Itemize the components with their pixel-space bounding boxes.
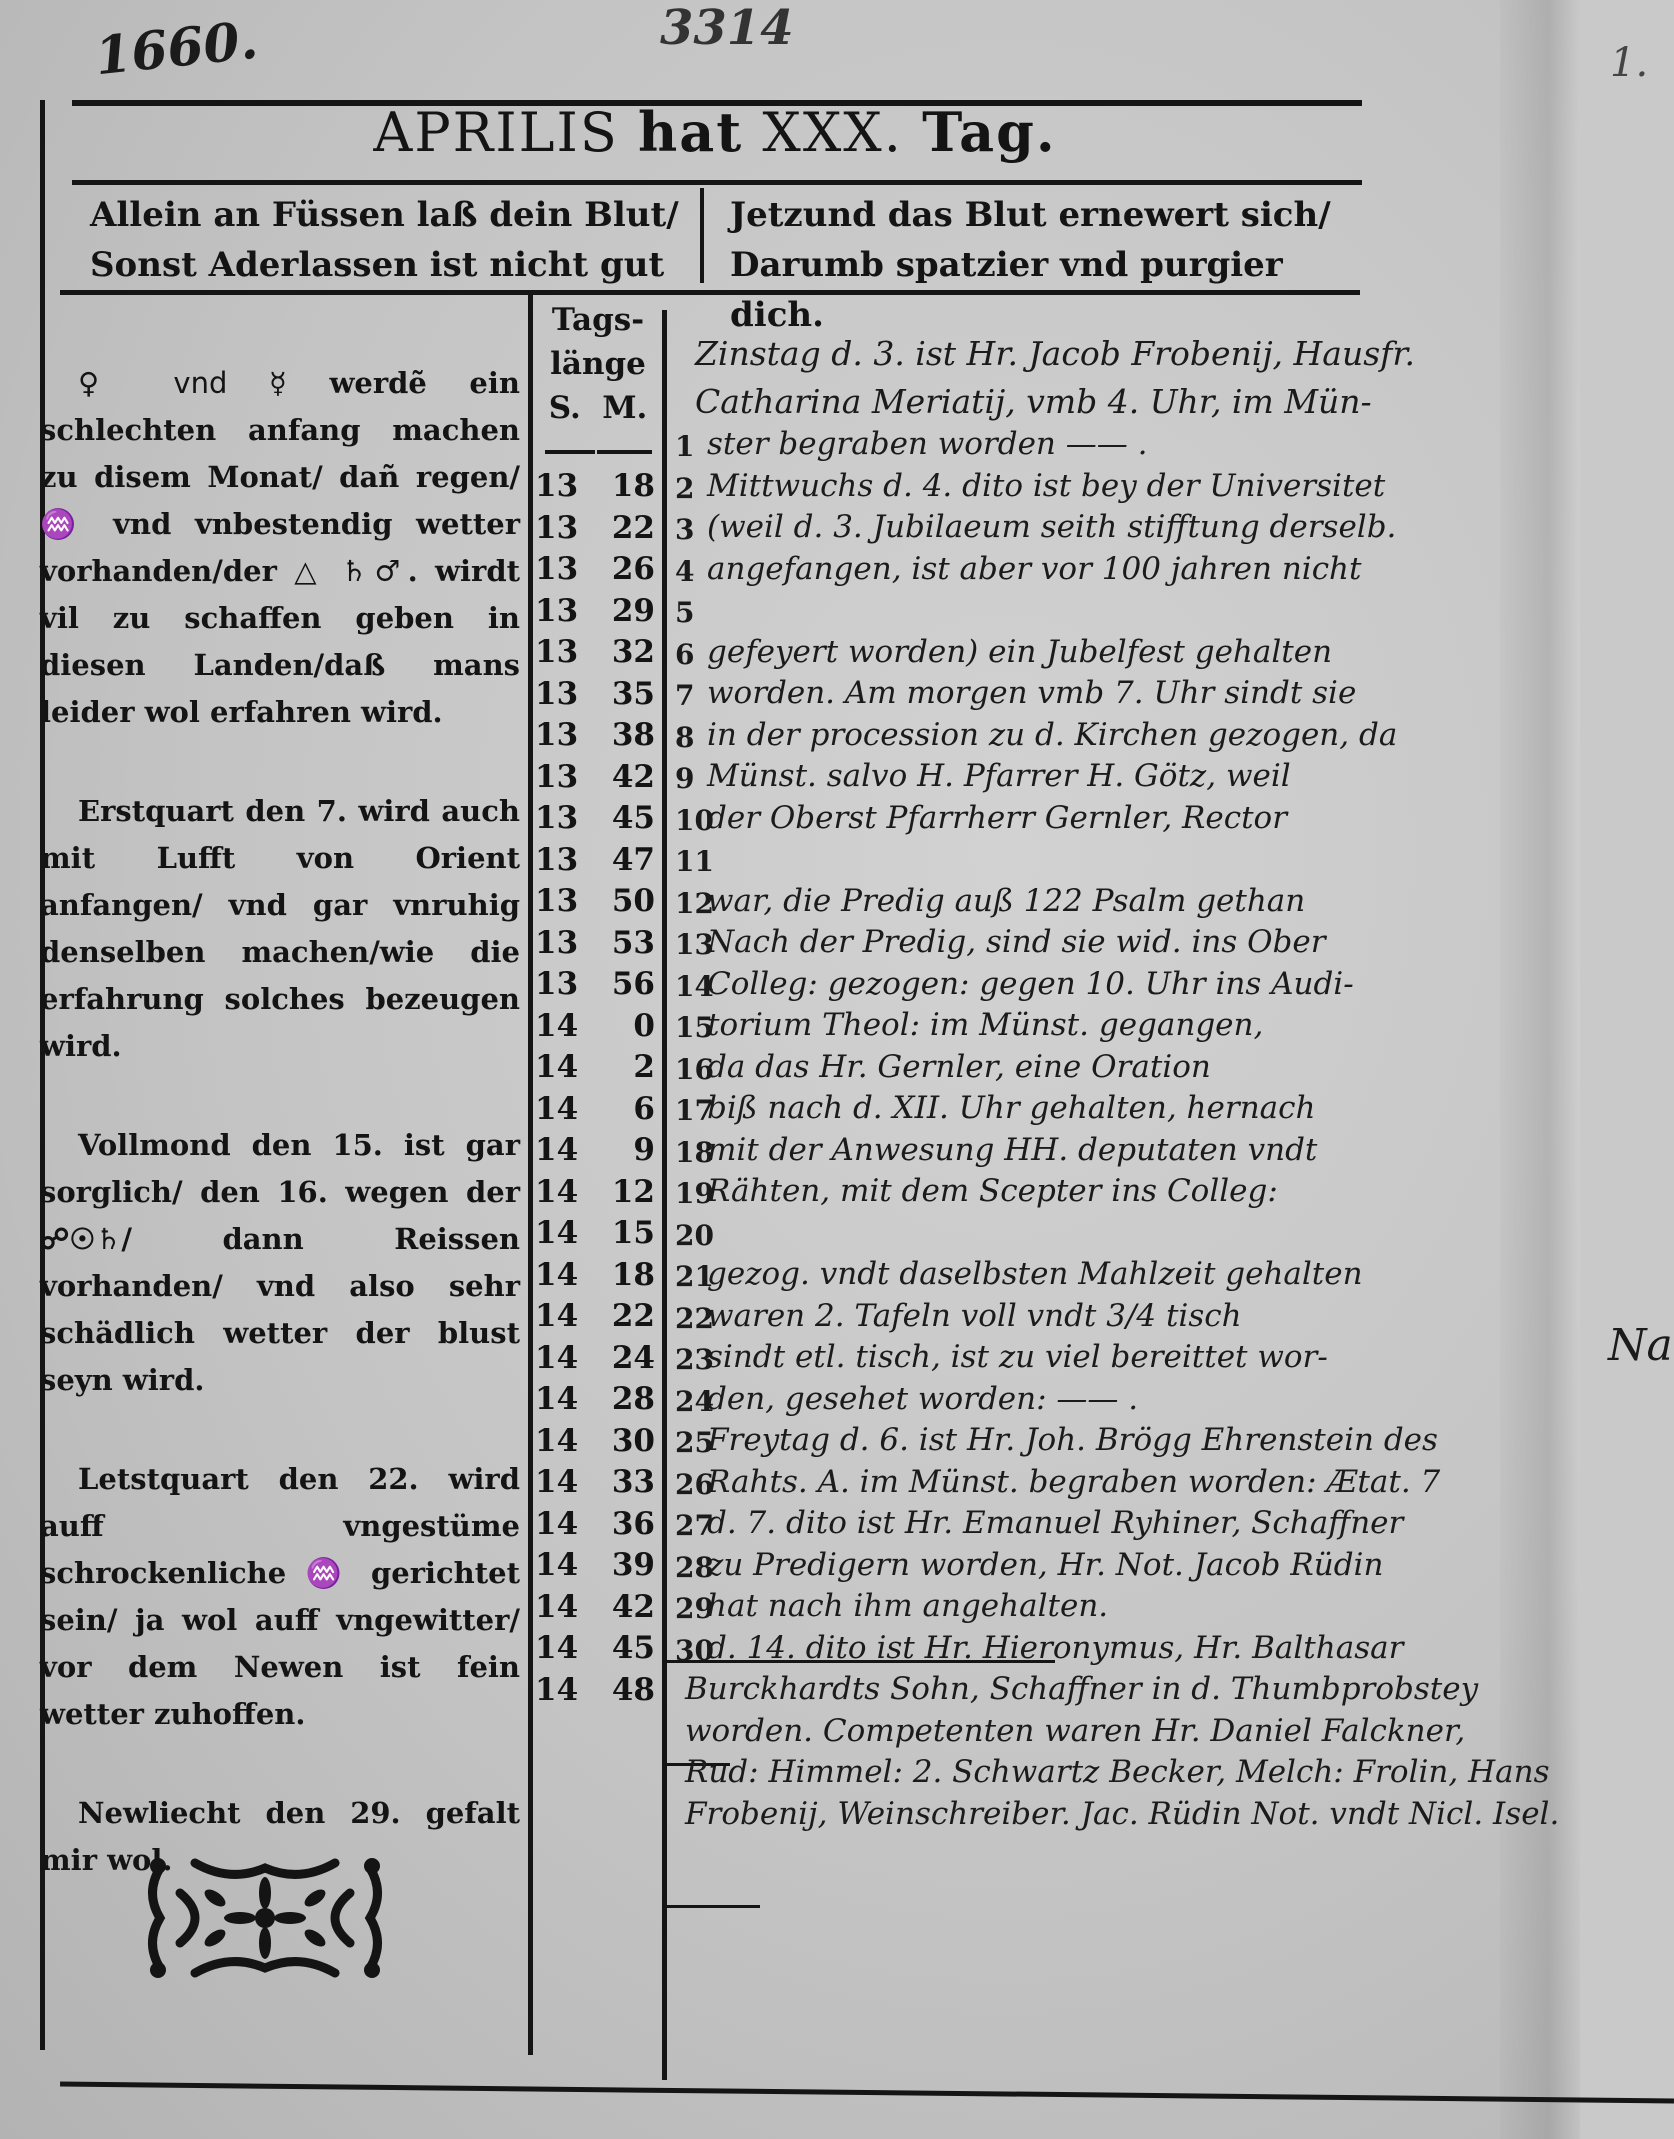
minutes-value: 56 (612, 966, 655, 1008)
minutes-value: 9 (633, 1132, 655, 1174)
diary-text: der Oberst Pfarrherr Gernler, Rector (707, 800, 1287, 836)
diary-day-row: 28zu Predigern worden, Hr. Not. Jacob Rü… (675, 1547, 1635, 1589)
hours-value: 13 (535, 593, 578, 635)
title-month: APRILIS (373, 101, 619, 164)
hours-value: 14 (535, 1215, 578, 1257)
day-number: 7 (675, 679, 694, 712)
diary-day-row: 2Mittwuchs d. 4. dito ist bey der Univer… (675, 468, 1635, 510)
diary-text: mit der Anwesung HH. deputaten vndt (707, 1132, 1317, 1168)
hours-value: 13 (535, 842, 578, 884)
diary-day-row: 8in der procession zu d. Kirchen gezogen… (675, 717, 1635, 759)
minutes-value: 29 (612, 593, 655, 635)
minutes-value: 50 (612, 883, 655, 925)
day-number: 6 (675, 638, 694, 671)
diary-line: Burckhardts Sohn, Schaffner in d. Thumbp… (675, 1671, 1635, 1713)
diary-text: d. 14. dito ist Hr. Hieronymus, Hr. Balt… (707, 1630, 1403, 1666)
diary-day-row: 25Freytag d. 6. ist Hr. Joh. Brögg Ehren… (675, 1422, 1635, 1464)
minutes-value: 22 (612, 510, 655, 552)
hours-value: 14 (535, 1008, 578, 1050)
day-length-row: 1412 (535, 1174, 655, 1216)
diary-day-row: 5 (675, 592, 1635, 634)
minutes-value: 0 (633, 1008, 655, 1050)
prognostication-paragraph: Vollmond den 15. ist gar sorglich/ den 1… (40, 1122, 520, 1404)
day-length-row: 146 (535, 1091, 655, 1133)
minutes-value: 35 (612, 676, 655, 718)
day-length-row: 1418 (535, 1257, 655, 1299)
verse-right-line-1: Jetzund das Blut ernewert sich/ (730, 190, 1370, 240)
day-length-row: 1415 (535, 1215, 655, 1257)
entry-separator-3 (665, 1905, 760, 1908)
diary-day-row: 23sindt etl. tisch, ist zu viel bereitte… (675, 1339, 1635, 1381)
hours-value: 14 (535, 1257, 578, 1299)
diary-text: gezog. vndt daselbsten Mahlzeit gehalten (707, 1256, 1363, 1292)
diary-text: zu Predigern worden, Hr. Not. Jacob Rüdi… (707, 1547, 1383, 1583)
hours-value: 13 (535, 551, 578, 593)
hours-value: 14 (535, 1547, 578, 1589)
minutes-value: 18 (612, 468, 655, 510)
almanac-page: 1660. 3314 1. APRILIS hat XXX. Tag. Alle… (0, 0, 1674, 2139)
hours-value: 14 (535, 1464, 578, 1506)
diary-line: Frobenij, Weinschreiber. Jac. Rüdin Not.… (675, 1796, 1635, 1838)
minutes-value: 26 (612, 551, 655, 593)
diary-day-row: 18mit der Anwesung HH. deputaten vndt (675, 1132, 1635, 1174)
day-number: 9 (675, 762, 694, 795)
verse-right-line-2: Darumb spatzier vnd purgier dich. (730, 240, 1370, 340)
day-length-row: 1332 (535, 634, 655, 676)
diary-day-row: 11 (675, 841, 1635, 883)
day-length-row: 1422 (535, 1298, 655, 1340)
day-length-row: 1448 (535, 1672, 655, 1714)
floral-ornament-icon (140, 1848, 390, 1988)
hours-value: 14 (535, 1340, 578, 1382)
day-length-row: 1318 (535, 468, 655, 510)
diary-text: worden. Am morgen vmb 7. Uhr sindt sie (707, 675, 1356, 711)
diary-day-row: 13Nach der Predig, sind sie wid. ins Obe… (675, 924, 1635, 966)
day-length-row: 1356 (535, 966, 655, 1008)
diary-day-row: 22waren 2. Tafeln voll vndt 3/4 tisch (675, 1298, 1635, 1340)
title-tag: Tag. (922, 100, 1057, 164)
day-number: 3 (675, 513, 694, 546)
day-length-row: 142 (535, 1049, 655, 1091)
diary-day-row: 1ster begraben worden —— . (675, 426, 1635, 468)
title-hat: hat (638, 100, 743, 164)
hours-value: 14 (535, 1630, 578, 1672)
diary-text: Rähten, mit dem Scepter ins Colleg: (707, 1173, 1278, 1209)
minutes-value: 32 (612, 634, 655, 676)
diary-day-row: 16da das Hr. Gernler, eine Oration (675, 1049, 1635, 1091)
diary-text: angefangen, ist aber vor 100 jahren nich… (707, 551, 1361, 587)
prognostication-paragraph: Erstquart den 7. wird auch mit Lufft von… (40, 788, 520, 1070)
day-number: 1 (675, 430, 694, 463)
day-length-row: 1345 (535, 800, 655, 842)
day-length-row: 1322 (535, 510, 655, 552)
minutes-value: 53 (612, 925, 655, 967)
diary-day-row: 4angefangen, ist aber vor 100 jahren nic… (675, 551, 1635, 593)
minutes-value: 2 (633, 1049, 655, 1091)
title-rule (72, 180, 1362, 185)
handwritten-diary: Zinstag d. 3. ist Hr. Jacob Frobenij, Ha… (675, 330, 1635, 1837)
minutes-value: 15 (612, 1215, 655, 1257)
diary-text: gefeyert worden) ein Jubelfest gehalten (707, 634, 1332, 670)
day-number: 2 (675, 472, 694, 505)
verse-left-line-1: Allein an Füssen laß dein Blut/ (90, 190, 690, 240)
diary-text: Münst. salvo H. Pfarrer H. Götz, weil (707, 758, 1291, 794)
prognostication-paragraph: ♀ vnd ☿ werdẽ ein schlechten anfang mach… (40, 360, 520, 736)
day-length-row: 1329 (535, 593, 655, 635)
day-length-row: 1445 (535, 1630, 655, 1672)
day-length-row: 1430 (535, 1423, 655, 1465)
hours-value: 13 (535, 883, 578, 925)
margin-fragment: Na (1608, 1320, 1673, 1371)
minutes-value: 42 (612, 759, 655, 801)
diary-text: ster begraben worden —— . (707, 426, 1147, 462)
title-days: XXX. (762, 101, 903, 164)
minutes-value: 48 (612, 1672, 655, 1714)
minutes-value: 39 (612, 1547, 655, 1589)
diary-text: (weil d. 3. Jubilaeum seith stifftung de… (707, 509, 1396, 545)
hours-value: 13 (535, 468, 578, 510)
minutes-value: 45 (612, 800, 655, 842)
hours-value: 13 (535, 966, 578, 1008)
prognostication-column: ♀ vnd ☿ werdẽ ein schlechten anfang mach… (40, 360, 520, 1936)
diary-text: biß nach d. XII. Uhr gehalten, hernach (707, 1090, 1315, 1126)
day-length-row: 1347 (535, 842, 655, 884)
bottom-rule (60, 2082, 1674, 2104)
diary-day-row: 20 (675, 1215, 1635, 1257)
day-length-row: 1353 (535, 925, 655, 967)
diary-day-row: 14Colleg: gezogen: gegen 10. Uhr ins Aud… (675, 966, 1635, 1008)
hours-value: 14 (535, 1381, 578, 1423)
hours-value: 14 (535, 1506, 578, 1548)
day-number: 5 (675, 596, 694, 629)
hours-value: 13 (535, 759, 578, 801)
hours-value: 14 (535, 1672, 578, 1714)
diary-text: war, die Predig auß 122 Psalm gethan (707, 883, 1305, 919)
hours-value: 14 (535, 1589, 578, 1631)
minutes-value: 18 (612, 1257, 655, 1299)
diary-day-row: 24den, gesehet worden: —— . (675, 1381, 1635, 1423)
diary-day-row: 3(weil d. 3. Jubilaeum seith stifftung d… (675, 509, 1635, 551)
diary-text: torium Theol: im Münst. gegangen, (707, 1007, 1263, 1043)
day-length-row: 1326 (535, 551, 655, 593)
verse-left: Allein an Füssen laß dein Blut/ Sonst Ad… (90, 190, 690, 290)
prognostication-paragraph: Letstquart den 22. wird auff vngestüme s… (40, 1456, 520, 1738)
diary-text: Rahts. A. im Münst. begraben worden: Æta… (707, 1464, 1440, 1500)
verse-right: Jetzund das Blut ernewert sich/ Darumb s… (730, 190, 1370, 340)
verse-left-line-2: Sonst Aderlassen ist nicht gut (90, 240, 690, 290)
diary-text: hat nach ihm angehalten. (707, 1588, 1108, 1624)
day-number: 8 (675, 721, 694, 754)
day-length-row: 1424 (535, 1340, 655, 1382)
day-length-row: 1335 (535, 676, 655, 718)
day-length-row: 140 (535, 1008, 655, 1050)
day-length-table: 1318132213261329133213351338134213451347… (535, 468, 655, 1713)
diary-day-row: 12war, die Predig auß 122 Psalm gethan (675, 883, 1635, 925)
diary-text: Nach der Predig, sind sie wid. ins Ober (707, 924, 1326, 960)
diary-day-row: 27d. 7. dito ist Hr. Emanuel Ryhiner, Sc… (675, 1505, 1635, 1547)
hours-value: 14 (535, 1132, 578, 1174)
column-divider-2 (662, 310, 667, 2080)
diary-text: Colleg: gezogen: gegen 10. Uhr ins Audi- (707, 966, 1354, 1002)
minutes-column-label: M. (602, 386, 647, 430)
year-annotation: 1660. (92, 10, 260, 88)
shelfmark: 3314 (660, 0, 794, 56)
page-title: APRILIS hat XXX. Tag. (70, 100, 1360, 164)
minutes-value: 22 (612, 1298, 655, 1340)
minutes-value: 12 (612, 1174, 655, 1216)
minutes-value: 6 (633, 1091, 655, 1133)
hours-value: 13 (535, 510, 578, 552)
diary-text: waren 2. Tafeln voll vndt 3/4 tisch (707, 1298, 1242, 1334)
hours-value: 14 (535, 1091, 578, 1133)
minutes-value: 42 (612, 1589, 655, 1631)
diary-text: Freytag d. 6. ist Hr. Joh. Brögg Ehrenst… (707, 1422, 1438, 1458)
diary-day-row: 17biß nach d. XII. Uhr gehalten, hernach (675, 1090, 1635, 1132)
diary-day-row: 9Münst. salvo H. Pfarrer H. Götz, weil (675, 758, 1635, 800)
hours-value: 13 (535, 634, 578, 676)
diary-text: Mittwuchs d. 4. dito ist bey der Univers… (707, 468, 1385, 504)
minutes-value: 24 (612, 1340, 655, 1382)
diary-day-row: 15torium Theol: im Münst. gegangen, (675, 1007, 1635, 1049)
hours-column-label: S. (549, 386, 581, 430)
diary-day-row: 6gefeyert worden) ein Jubelfest gehalten (675, 634, 1635, 676)
day-length-row: 149 (535, 1132, 655, 1174)
minutes-value: 38 (612, 717, 655, 759)
minutes-value: 30 (612, 1423, 655, 1465)
diary-text: da das Hr. Gernler, eine Oration (707, 1049, 1211, 1085)
diary-day-row: 19Rähten, mit dem Scepter ins Colleg: (675, 1173, 1635, 1215)
diary-day-row: 30d. 14. dito ist Hr. Hieronymus, Hr. Ba… (675, 1630, 1635, 1672)
diary-day-row: 21gezog. vndt daselbsten Mahlzeit gehalt… (675, 1256, 1635, 1298)
diary-text: in der procession zu d. Kirchen gezogen,… (707, 717, 1397, 753)
hours-value: 14 (535, 1049, 578, 1091)
day-length-row: 1433 (535, 1464, 655, 1506)
diary-day-row: 26Rahts. A. im Münst. begraben worden: Æ… (675, 1464, 1635, 1506)
header-underline-s (545, 450, 595, 454)
day-length-row: 1428 (535, 1381, 655, 1423)
folio-number: 1. (1610, 40, 1648, 86)
day-length-row: 1342 (535, 759, 655, 801)
hours-value: 14 (535, 1423, 578, 1465)
day-length-row: 1338 (535, 717, 655, 759)
diary-line: Zinstag d. 3. ist Hr. Jacob Frobenij, Ha… (675, 330, 1635, 378)
diary-text: den, gesehet worden: —— . (707, 1381, 1138, 1417)
diary-day-row: 10der Oberst Pfarrherr Gernler, Rector (675, 800, 1635, 842)
minutes-value: 36 (612, 1506, 655, 1548)
day-length-row: 1436 (535, 1506, 655, 1548)
day-number: 20 (675, 1219, 714, 1252)
header-underline-m (597, 450, 652, 454)
minutes-value: 47 (612, 842, 655, 884)
diary-line: worden. Competenten waren Hr. Daniel Fal… (675, 1713, 1635, 1755)
diary-text: d. 7. dito ist Hr. Emanuel Ryhiner, Scha… (707, 1505, 1403, 1541)
column-divider-1 (528, 295, 533, 2055)
hours-value: 13 (535, 800, 578, 842)
hours-value: 13 (535, 717, 578, 759)
hours-value: 14 (535, 1298, 578, 1340)
day-length-header: Tags- länge S. M. (538, 298, 658, 430)
minutes-value: 33 (612, 1464, 655, 1506)
day-number: 11 (675, 845, 714, 878)
minutes-value: 45 (612, 1630, 655, 1672)
minutes-value: 28 (612, 1381, 655, 1423)
planet-symbols: ♀ vnd ☿ (78, 366, 287, 400)
verse-divider (700, 188, 704, 283)
hours-value: 13 (535, 925, 578, 967)
day-length-row: 1442 (535, 1589, 655, 1631)
hours-value: 13 (535, 676, 578, 718)
day-number: 4 (675, 555, 694, 588)
diary-day-row: 7worden. Am morgen vmb 7. Uhr sindt sie (675, 675, 1635, 717)
diary-line: Rud: Himmel: 2. Schwartz Becker, Melch: … (675, 1754, 1635, 1796)
day-length-row: 1350 (535, 883, 655, 925)
diary-line: Catharina Meriatij, vmb 4. Uhr, im Mün- (675, 378, 1635, 426)
hours-value: 14 (535, 1174, 578, 1216)
diary-day-row: 29hat nach ihm angehalten. (675, 1588, 1635, 1630)
day-length-row: 1439 (535, 1547, 655, 1589)
diary-text: sindt etl. tisch, ist zu viel bereittet … (707, 1339, 1328, 1375)
